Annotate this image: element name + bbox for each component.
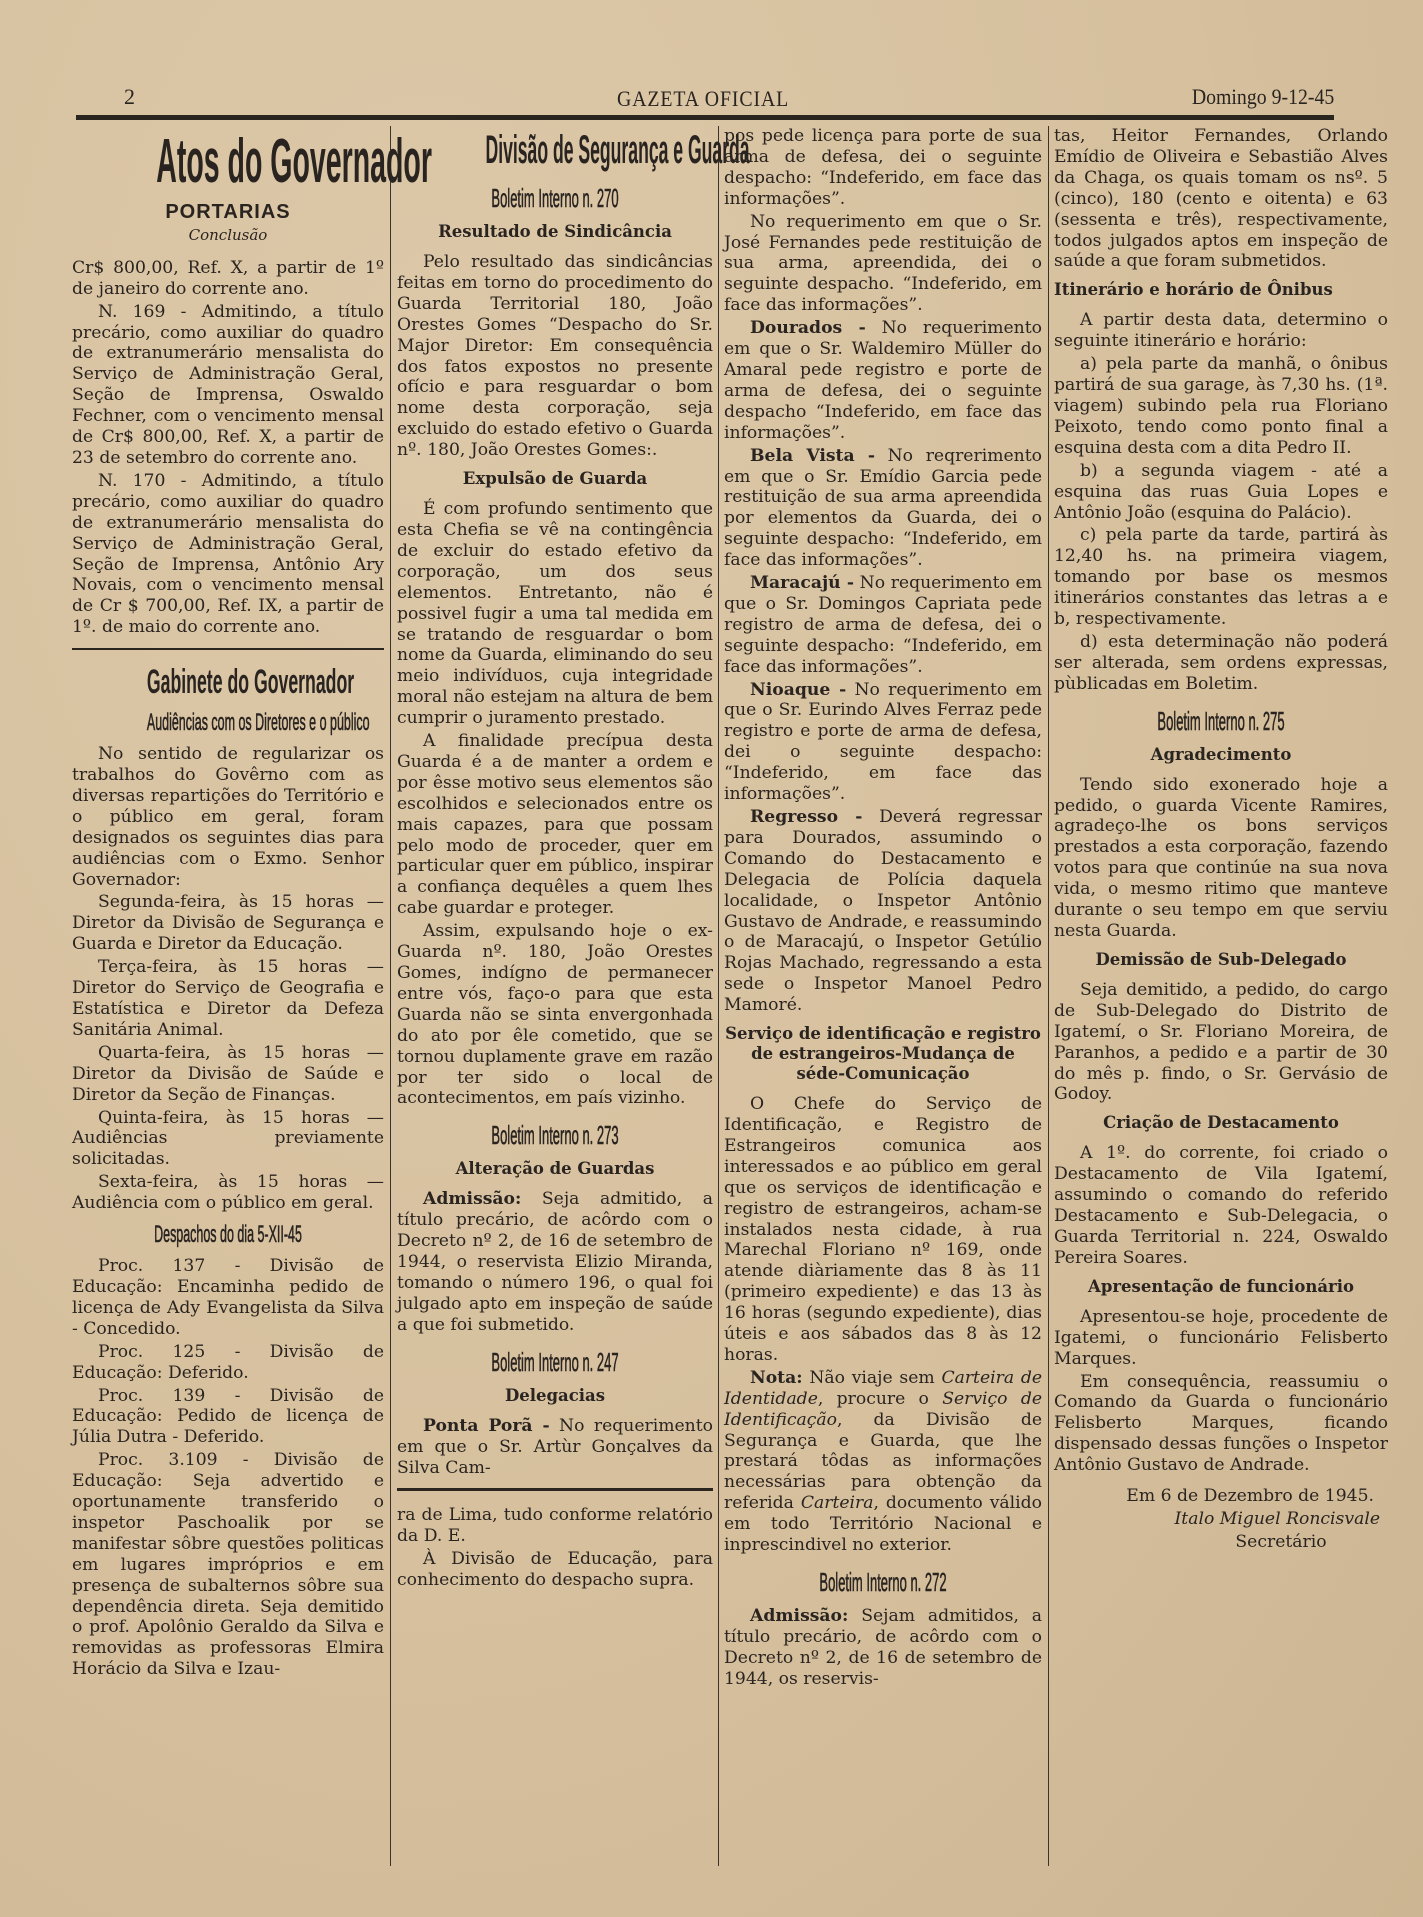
paragraph: Quinta-feira, às 15 horas — Audiências p…: [72, 1108, 384, 1171]
paragraph: Admissão: Sejam admitidos, a título prec…: [724, 1606, 1042, 1690]
paragraph-lead: Nioaque -: [750, 680, 846, 700]
paragraph-body: Seja admitido, a título precário, de acô…: [397, 1189, 713, 1334]
paragraph: a) pela parte da manhã, o ônibus partirá…: [1054, 354, 1388, 459]
signature-date: Em 6 de Dezembro de 1945.: [1054, 1486, 1388, 1507]
paragraph: Sexta-feira, às 15 horas — Audiência com…: [72, 1172, 384, 1214]
boletim-heading: Boletim Interno n. 273: [476, 1119, 634, 1151]
paragraph-lead: Admissão:: [750, 1606, 848, 1626]
signature-role: Secretário: [1054, 1532, 1388, 1553]
paragraph: Assim, expulsando hoje o ex-Guarda nº. 1…: [397, 921, 713, 1109]
paragraph: Proc. 139 - Divisão de Educação: Pedido …: [72, 1386, 384, 1449]
column-divider: [718, 126, 719, 1866]
paragraph: Admissão: Seja admitido, a título precár…: [397, 1189, 713, 1335]
paragraph: Maracajú - No requerimento em que o Sr. …: [724, 573, 1042, 678]
paragraph: pos pede licença para porte de sua arma …: [724, 126, 1042, 210]
subsection-heading: Itinerário e horário de Ônibus: [1054, 280, 1388, 300]
column-4: tas, Heitor Fernandes, Orlando Emídio de…: [1054, 126, 1388, 1555]
paragraph: Cr$ 800,00, Ref. X, a partir de 1º de ja…: [72, 258, 384, 300]
paragraph-lead: Maracajú -: [750, 573, 854, 593]
column-2: Divisão de Segurança e Guarda Boletim In…: [397, 126, 713, 1593]
paragraph: Proc. 125 - Divisão de Educação: Deferid…: [72, 1342, 384, 1384]
paragraph-lead: Regresso -: [750, 807, 862, 827]
paragraph: ra de Lima, tudo conforme relatório da D…: [397, 1505, 713, 1547]
paragraph-lead: Ponta Porã -: [423, 1416, 550, 1436]
paragraph-body: , procure o: [818, 1389, 942, 1409]
signature-name: Italo Miguel Roncisvale: [1054, 1509, 1388, 1530]
paragraph-lead: Nota:: [750, 1368, 803, 1388]
masthead-rule: [76, 115, 1334, 120]
section-rule: [72, 648, 384, 650]
paragraph: Apresentou-se hoje, procedente de Igatem…: [1054, 1307, 1388, 1370]
paragraph: A finalidade precípua desta Guarda é a d…: [397, 731, 713, 919]
section-rule: [397, 1488, 713, 1491]
paragraph: c) pela parte da tarde, partirá às 12,40…: [1054, 525, 1388, 630]
paragraph: É com profundo sentimento que esta Chefi…: [397, 499, 713, 729]
paragraph-lead: Admissão:: [423, 1189, 521, 1209]
subsection-heading: Expulsão de Guarda: [397, 469, 713, 489]
paragraph: Regresso - Deverá regressar para Dourado…: [724, 807, 1042, 1016]
paragraph: Proc. 3.109 - Divisão de Educação: Seja …: [72, 1450, 384, 1680]
masthead: 2 GAZETA OFICIAL Domingo 9-12-45: [72, 84, 1334, 114]
boletim-heading: Boletim Interno n. 247: [476, 1346, 634, 1378]
paragraph: d) esta determinação não poderá ser alte…: [1054, 632, 1388, 695]
subsection-audiencias: Audiências com os Diretores e o público: [147, 708, 309, 738]
paragraph: Pelo resultado das sindicâncias feitas e…: [397, 252, 713, 461]
paragraph: A partir desta data, determino o seguint…: [1054, 310, 1388, 352]
paragraph: Proc. 137 - Divisão de Educação: Encamin…: [72, 1256, 384, 1340]
paragraph: Quarta-feira, às 15 horas — Diretor da D…: [72, 1043, 384, 1106]
paragraph: Terça-feira, às 15 horas — Diretor do Se…: [72, 957, 384, 1041]
paragraph: À Divisão de Educação, para conhecimento…: [397, 1549, 713, 1591]
paragraph: b) a segunda viagem - até a esquina das …: [1054, 461, 1388, 524]
publication-title: GAZETA OFICIAL: [617, 86, 789, 112]
paragraph: Tendo sido exonerado hoje a pedido, o gu…: [1054, 775, 1388, 942]
italic-term: Carteira: [801, 1493, 874, 1513]
paragraph-lead: Dourados -: [750, 318, 866, 338]
subsection-heading: Alteração de Guardas: [397, 1159, 713, 1179]
subsection-heading: Demissão de Sub-Delegado: [1054, 950, 1388, 970]
paragraph: tas, Heitor Fernandes, Orlando Emídio de…: [1054, 126, 1388, 272]
column-divider: [390, 126, 391, 1866]
paragraph: N. 169 - Admitindo, a título precário, c…: [72, 302, 384, 469]
subsection-heading: Resultado de Sindicância: [397, 222, 713, 242]
page-number: 2: [124, 84, 135, 110]
paragraph: No requerimento em que o Sr. José Fernan…: [724, 212, 1042, 317]
subsection-heading: Serviço de identificação e registro de e…: [724, 1024, 1042, 1084]
subsection-heading: Apresentação de funcionário: [1054, 1277, 1388, 1297]
subsection-heading: Agradecimento: [1054, 745, 1388, 765]
paragraph: Seja demitido, a pedido, do cargo de Sub…: [1054, 980, 1388, 1105]
conclusao-label: Conclusão: [72, 225, 384, 246]
column-1: Atos do Governador PORTARIAS Conclusão C…: [72, 126, 384, 1682]
paragraph: Dourados - No requerimento em que o Sr. …: [724, 318, 1042, 443]
boletim-heading: Boletim Interno n. 272: [804, 1566, 963, 1598]
subsection-heading: Criação de Destacamento: [1054, 1113, 1388, 1133]
paragraph: Bela Vista - No reqrerimento em que o Sr…: [724, 446, 1042, 571]
paragraph: Nioaque - No requerimento em que o Sr. E…: [724, 680, 1042, 805]
section-title-divisao: Divisão de Segurança e Guarda: [485, 128, 624, 172]
paragraph: N. 170 - Admitindo, a título precário, c…: [72, 471, 384, 638]
paragraph: Nota: Não viaje sem Carteira de Identida…: [724, 1368, 1042, 1556]
paragraph: Em consequência, reassumiu o Comando da …: [1054, 1372, 1388, 1477]
subsection-portarias: PORTARIAS: [72, 202, 384, 223]
paragraph-body: Não viaje sem: [803, 1368, 942, 1388]
paragraph-lead: Bela Vista -: [750, 446, 875, 466]
paragraph: Segunda-feira, às 15 horas — Diretor da …: [72, 892, 384, 955]
paragraph: No sentido de regularizar os trabalhos d…: [72, 744, 384, 890]
section-title-atos: Atos do Governador: [156, 128, 300, 196]
subsection-heading: Delegacias: [397, 1386, 713, 1406]
column-3: pos pede licença para porte de sua arma …: [724, 126, 1042, 1692]
paragraph-body: Deverá regressar para Dourados, assumind…: [724, 807, 1042, 1015]
column-divider: [1048, 126, 1049, 1866]
section-title-gabinete: Gabinete do Governador: [147, 662, 309, 702]
boletim-heading: Boletim Interno n. 275: [1138, 705, 1305, 737]
subsection-despachos: Despachos do dia 5-XII-45: [147, 1220, 309, 1250]
paragraph: O Chefe do Serviço de Identificação, e R…: [724, 1094, 1042, 1366]
paragraph: A 1º. do corrente, foi criado o Destacam…: [1054, 1143, 1388, 1268]
paragraph: Ponta Porã - No requerimento em que o Sr…: [397, 1416, 713, 1479]
issue-date: Domingo 9-12-45: [1192, 84, 1334, 110]
boletim-heading: Boletim Interno n. 270: [476, 182, 634, 214]
